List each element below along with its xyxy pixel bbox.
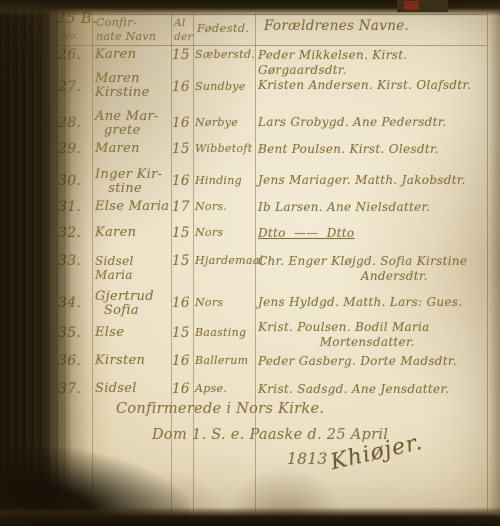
cell-age: 16	[172, 382, 193, 396]
cell-parents: Ib Larsen. Ane Nielsdatter.	[258, 200, 492, 215]
cell-age: 15	[172, 142, 193, 156]
cell-age: 16	[172, 174, 193, 188]
table-line-header	[57, 45, 486, 46]
cell-age: 15	[172, 226, 193, 240]
cell-birthplace: Baasting	[195, 326, 255, 340]
column-header-birthplace: Fødestd.	[197, 21, 249, 35]
cell-parents: Krist. Poulsen. Bodil Maria Mortensdatte…	[258, 320, 492, 350]
cell-parents: Jens Mariager. Matth. Jakobsdtr.	[258, 173, 492, 188]
cell-birthplace: Hjardemaal	[195, 254, 255, 268]
cell-birthplace: Sundbye	[195, 80, 255, 94]
cell-birthplace: Nors.	[195, 200, 255, 214]
seal-mark	[404, 1, 419, 10]
cell-age: 16	[172, 80, 193, 94]
background-object	[397, 0, 448, 12]
cell-birthplace: Nors	[195, 296, 255, 310]
cell-parents-ditto: Dtto —— Dtto	[258, 226, 492, 241]
cell-age: 15	[172, 254, 193, 268]
cell-parents: Chr. Enger Kløjgd. Sofia Kirstine Anders…	[258, 254, 492, 284]
register-scan-photo: 25 B. No. Confir- nate Navn Al der Fødes…	[0, 0, 500, 526]
confirmation-note-line2: Dom 1. S. e. Paaske d. 25 April	[152, 428, 388, 442]
cell-parents: Kristen Andersen. Kirst. Olafsdtr.	[258, 78, 492, 93]
column-header-parents: Forældrenes Navne.	[264, 19, 409, 33]
cell-birthplace: Ballerum	[195, 354, 255, 368]
cell-age: 16	[172, 296, 193, 310]
page-right-edge	[487, 13, 488, 513]
cell-age: 17	[172, 200, 193, 214]
cell-age: 16	[172, 354, 193, 368]
cell-birthplace: Apse.	[195, 382, 255, 396]
cell-age: 16	[172, 116, 193, 130]
column-header-age: Al der	[174, 16, 193, 44]
cell-birthplace: Wibbetoft	[195, 142, 255, 156]
cell-birthplace: Nørbye	[195, 116, 255, 130]
cell-age: 15	[172, 326, 193, 340]
cell-parents: Peder Gasberg. Dorte Madsdtr.	[258, 354, 492, 369]
page-bottom-edge	[0, 507, 500, 526]
cell-parents: Krist. Sadsgd. Ane Jensdatter.	[258, 382, 492, 397]
cell-birthplace: Sæberstd.	[195, 48, 255, 62]
cell-birthplace: Hinding	[195, 174, 255, 188]
cell-parents: Lars Grobygd. Ane Pedersdtr.	[258, 115, 492, 130]
cell-parents: Jens Hyldgd. Matth. Lars: Gues.	[258, 295, 492, 310]
cell-birthplace: Nors	[195, 226, 255, 240]
confirmation-year: 1813	[287, 452, 328, 466]
cell-parents: Peder Mikkelsen. Kirst. Gørgaardsdtr.	[258, 48, 492, 78]
confirmation-note-line1: Confirmerede i Nors Kirke.	[116, 402, 324, 416]
cell-parents: Bent Poulsen. Kirst. Olesdtr.	[258, 142, 492, 157]
cell-age: 15	[172, 48, 193, 62]
